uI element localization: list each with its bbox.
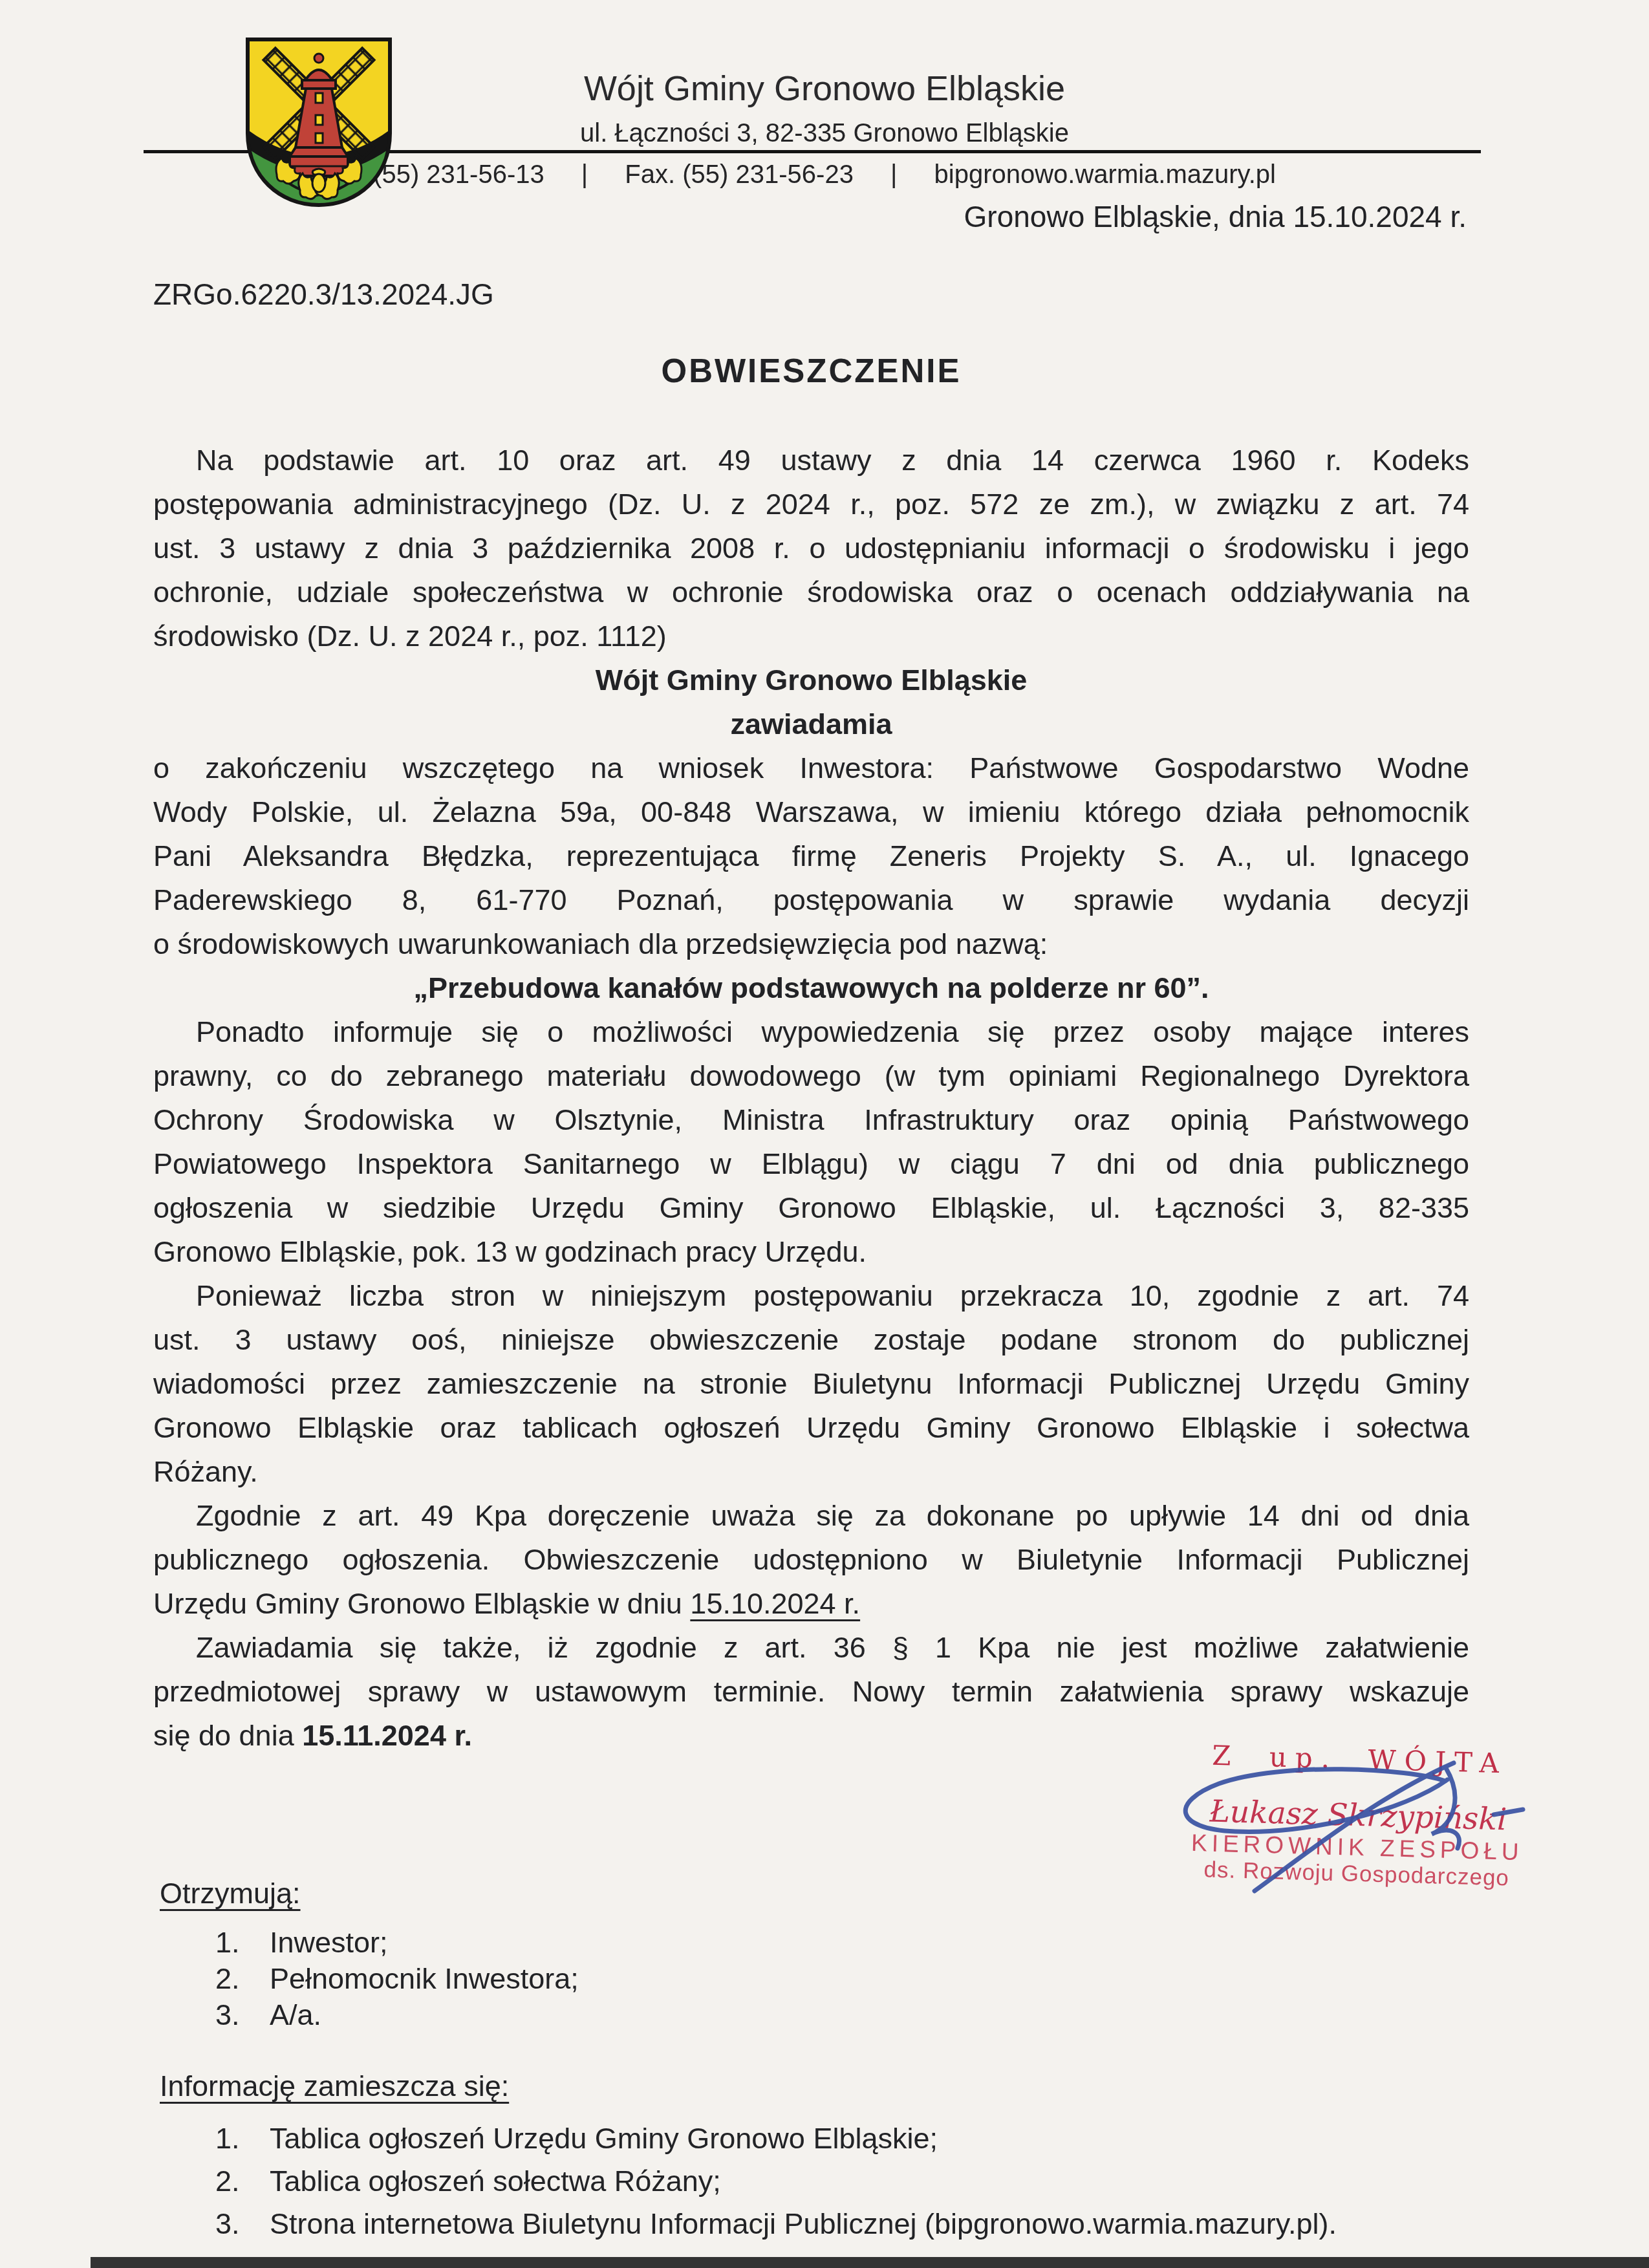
phone-number: (55) 231-56-13 [373, 160, 544, 189]
body-line: postępowania administracyjnego (Dz. U. z… [153, 482, 1469, 526]
body-line: Zawiadamia się także, iż zgodnie z art. … [153, 1626, 1469, 1670]
list-item-text: Tablica ogłoszeń sołectwa Różany; [270, 2160, 721, 2203]
scanned-official-notice: { "header": { "title": "Wójt Gminy Grono… [0, 0, 1649, 2268]
list-item: 1. Inwestor; [215, 1925, 579, 1961]
list-item-number: 3. [215, 2203, 270, 2245]
body-line-text: się do dnia [153, 1719, 302, 1752]
separator-pipe: | [581, 160, 588, 189]
body-line: Urzędu Gminy Gronowo Elbląskie w dniu 15… [153, 1582, 1469, 1626]
body-line: Ochrony Środowiska w Olsztynie, Ministra… [153, 1098, 1469, 1142]
body-line: prawny, co do zebranego materiału dowodo… [153, 1054, 1469, 1098]
case-reference-number: ZRGo.6220.3/13.2024.JG [153, 277, 494, 312]
body-line: publicznego ogłoszenia. Obwieszczenie ud… [153, 1538, 1469, 1582]
body-line: przedmiotowej sprawy w ustawowym termini… [153, 1670, 1469, 1714]
list-item: 3. Strona internetowa Biuletynu Informac… [215, 2203, 1337, 2245]
body-line: Na podstawie art. 10 oraz art. 49 ustawy… [153, 438, 1469, 482]
body-line: Ponieważ liczba stron w niniejszym postę… [153, 1274, 1469, 1318]
list-item-text: Inwestor; [270, 1925, 388, 1961]
list-item-text: Tablica ogłoszeń Urzędu Gminy Gronowo El… [270, 2117, 938, 2160]
body-line: o zakończeniu wszczętego na wniosek Inwe… [153, 746, 1469, 790]
notice-body: Na podstawie art. 10 oraz art. 49 ustawy… [153, 438, 1469, 1758]
list-item-text: Pełnomocnik Inwestora; [270, 1961, 579, 1997]
recipients-list: 1. Inwestor; 2. Pełnomocnik Inwestora; 3… [160, 1925, 579, 2033]
list-item-number: 1. [215, 1925, 270, 1961]
handwritten-signature [1158, 1756, 1558, 1905]
recipients-section: Otrzymują: 1. Inwestor; 2. Pełnomocnik I… [160, 1877, 579, 2033]
paragraph-proceeding-info: o zakończeniu wszczętego na wniosek Inwe… [153, 746, 1469, 966]
distribution-heading: Informację zamieszcza się: [160, 2069, 1337, 2103]
body-line: środowisko (Dz. U. z 2024 r., poz. 1112) [153, 614, 1469, 658]
distribution-list: 1. Tablica ogłoszeń Urzędu Gminy Gronowo… [160, 2117, 1337, 2245]
paragraph-new-deadline: Zawiadamia się także, iż zgodnie z art. … [153, 1626, 1469, 1758]
list-item: 1. Tablica ogłoszeń Urzędu Gminy Gronowo… [215, 2117, 1337, 2160]
publication-date: 15.10.2024 r. [690, 1587, 860, 1620]
project-title: „Przebudowa kanałów podstawowych na pold… [153, 966, 1469, 1010]
issuer-heading: Wójt Gminy Gronowo Elbląskie [153, 658, 1469, 702]
scanner-edge-artifact [91, 2257, 1649, 2268]
body-line: Paderewskiego 8, 61-770 Poznań, postępow… [153, 878, 1469, 922]
list-item-text: A/a. [270, 1997, 321, 2033]
list-item: 3. A/a. [215, 1997, 579, 2033]
body-line: ogłoszenia w siedzibie Urzędu Gminy Gron… [153, 1186, 1469, 1230]
body-line: o środowiskowych uwarunkowaniach dla prz… [153, 922, 1469, 966]
distribution-section: Informację zamieszcza się: 1. Tablica og… [160, 2069, 1337, 2245]
recipients-heading: Otrzymują: [160, 1877, 579, 1910]
list-item: 2. Tablica ogłoszeń sołectwa Różany; [215, 2160, 1337, 2203]
body-line: Ponadto informuje się o możliwości wypow… [153, 1010, 1469, 1054]
body-line: Gronowo Elbląskie, pok. 13 w godzinach p… [153, 1230, 1469, 1274]
body-line: Gronowo Elbląskie oraz tablicach ogłosze… [153, 1406, 1469, 1450]
list-item-number: 3. [215, 1997, 270, 2033]
separator-pipe: | [890, 160, 897, 189]
body-line: ust. 3 ustawy z dnia 3 października 2008… [153, 526, 1469, 570]
paragraph-legal-basis: Na podstawie art. 10 oraz art. 49 ustawy… [153, 438, 1469, 658]
list-item-number: 1. [215, 2117, 270, 2160]
body-line: Pani Aleksandra Błędzka, reprezentująca … [153, 834, 1469, 878]
body-line: Różany. [153, 1450, 1469, 1494]
new-deadline-date: 15.11.2024 r. [302, 1719, 472, 1752]
website-url: bipgronowo.warmia.mazury.pl [934, 160, 1276, 189]
list-item-number: 2. [215, 1961, 270, 1997]
body-line: Zgodnie z art. 49 Kpa doręczenie uważa s… [153, 1494, 1469, 1538]
municipality-coat-of-arms [244, 36, 393, 208]
body-line: ochronie, udziale społeczeństwa w ochron… [153, 570, 1469, 614]
fax-number: Fax. (55) 231-56-23 [625, 160, 854, 189]
paragraph-delivery-date: Zgodnie z art. 49 Kpa doręczenie uważa s… [153, 1494, 1469, 1626]
paragraph-public-notice: Ponieważ liczba stron w niniejszym postę… [153, 1274, 1469, 1494]
body-line: ust. 3 ustawy ooś, niniejsze obwieszczen… [153, 1318, 1469, 1362]
body-line-text: Urzędu Gminy Gronowo Elbląskie w dniu [153, 1587, 690, 1620]
notifies-heading: zawiadamia [153, 702, 1469, 746]
list-item-number: 2. [215, 2160, 270, 2203]
body-line: wiadomości przez zamieszczenie na stroni… [153, 1362, 1469, 1406]
coat-of-arms-icon [244, 36, 393, 208]
body-line: Wody Polskie, ul. Żelazna 59a, 00-848 Wa… [153, 790, 1469, 834]
list-item: 2. Pełnomocnik Inwestora; [215, 1961, 579, 1997]
body-line: Powiatowego Inspektora Sanitarnego w Elb… [153, 1142, 1469, 1186]
document-title: OBWIESZCZENIE [153, 352, 1469, 390]
list-item-text: Strona internetowa Biuletynu Informacji … [270, 2203, 1337, 2245]
paragraph-comment-possibility: Ponadto informuje się o możliwości wypow… [153, 1010, 1469, 1274]
place-and-date: Gronowo Elbląskie, dnia 15.10.2024 r. [964, 199, 1467, 234]
